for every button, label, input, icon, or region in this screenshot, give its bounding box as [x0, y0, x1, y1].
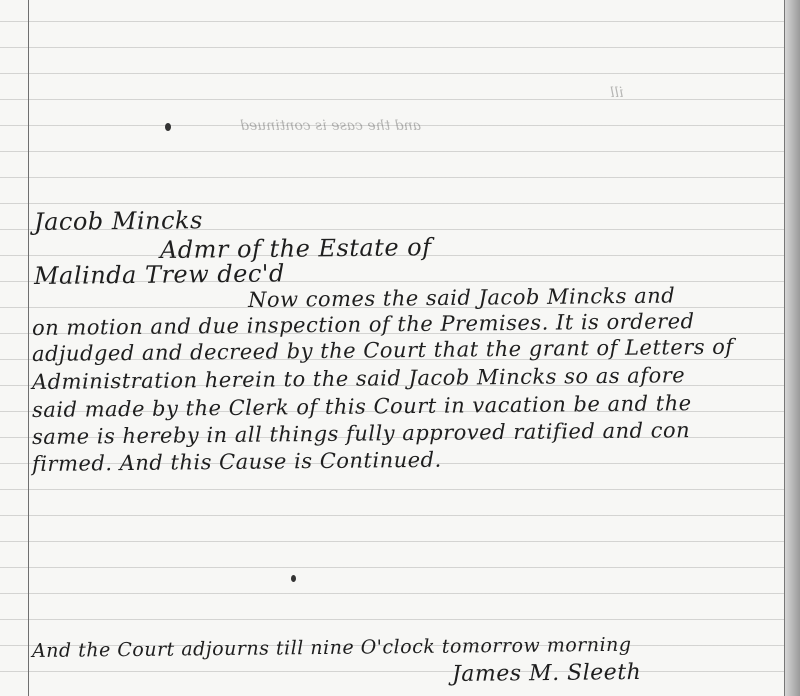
body-line: firmed. And this Cause is Continued.	[32, 448, 442, 476]
left-margin-rule	[28, 0, 29, 696]
judge-signature: James M. Sleeth	[452, 660, 642, 687]
body-line: Administration herein to the said Jacob …	[32, 363, 685, 394]
bleed-through-text: and the case is continued	[240, 118, 421, 134]
adjournment-line: And the Court adjourns till nine O'clock…	[32, 634, 632, 662]
body-line: Now comes the said Jacob Mincks and	[248, 284, 675, 312]
body-line: adjudged and decreed by the Court that t…	[32, 335, 734, 366]
decedent-name: Malinda Trew dec'd	[34, 259, 285, 290]
book-binding-shadow	[785, 0, 800, 696]
body-line: said made by the Clerk of this Court in …	[32, 391, 692, 422]
bleed-through-text: ill	[610, 85, 623, 101]
body-line: same is hereby in all things fully appro…	[32, 418, 690, 449]
ink-blot	[291, 575, 296, 582]
ledger-page: ill and the case is continued Jacob Minc…	[0, 0, 800, 696]
petitioner-name: Jacob Mincks	[34, 206, 203, 236]
ink-blot	[165, 123, 171, 131]
